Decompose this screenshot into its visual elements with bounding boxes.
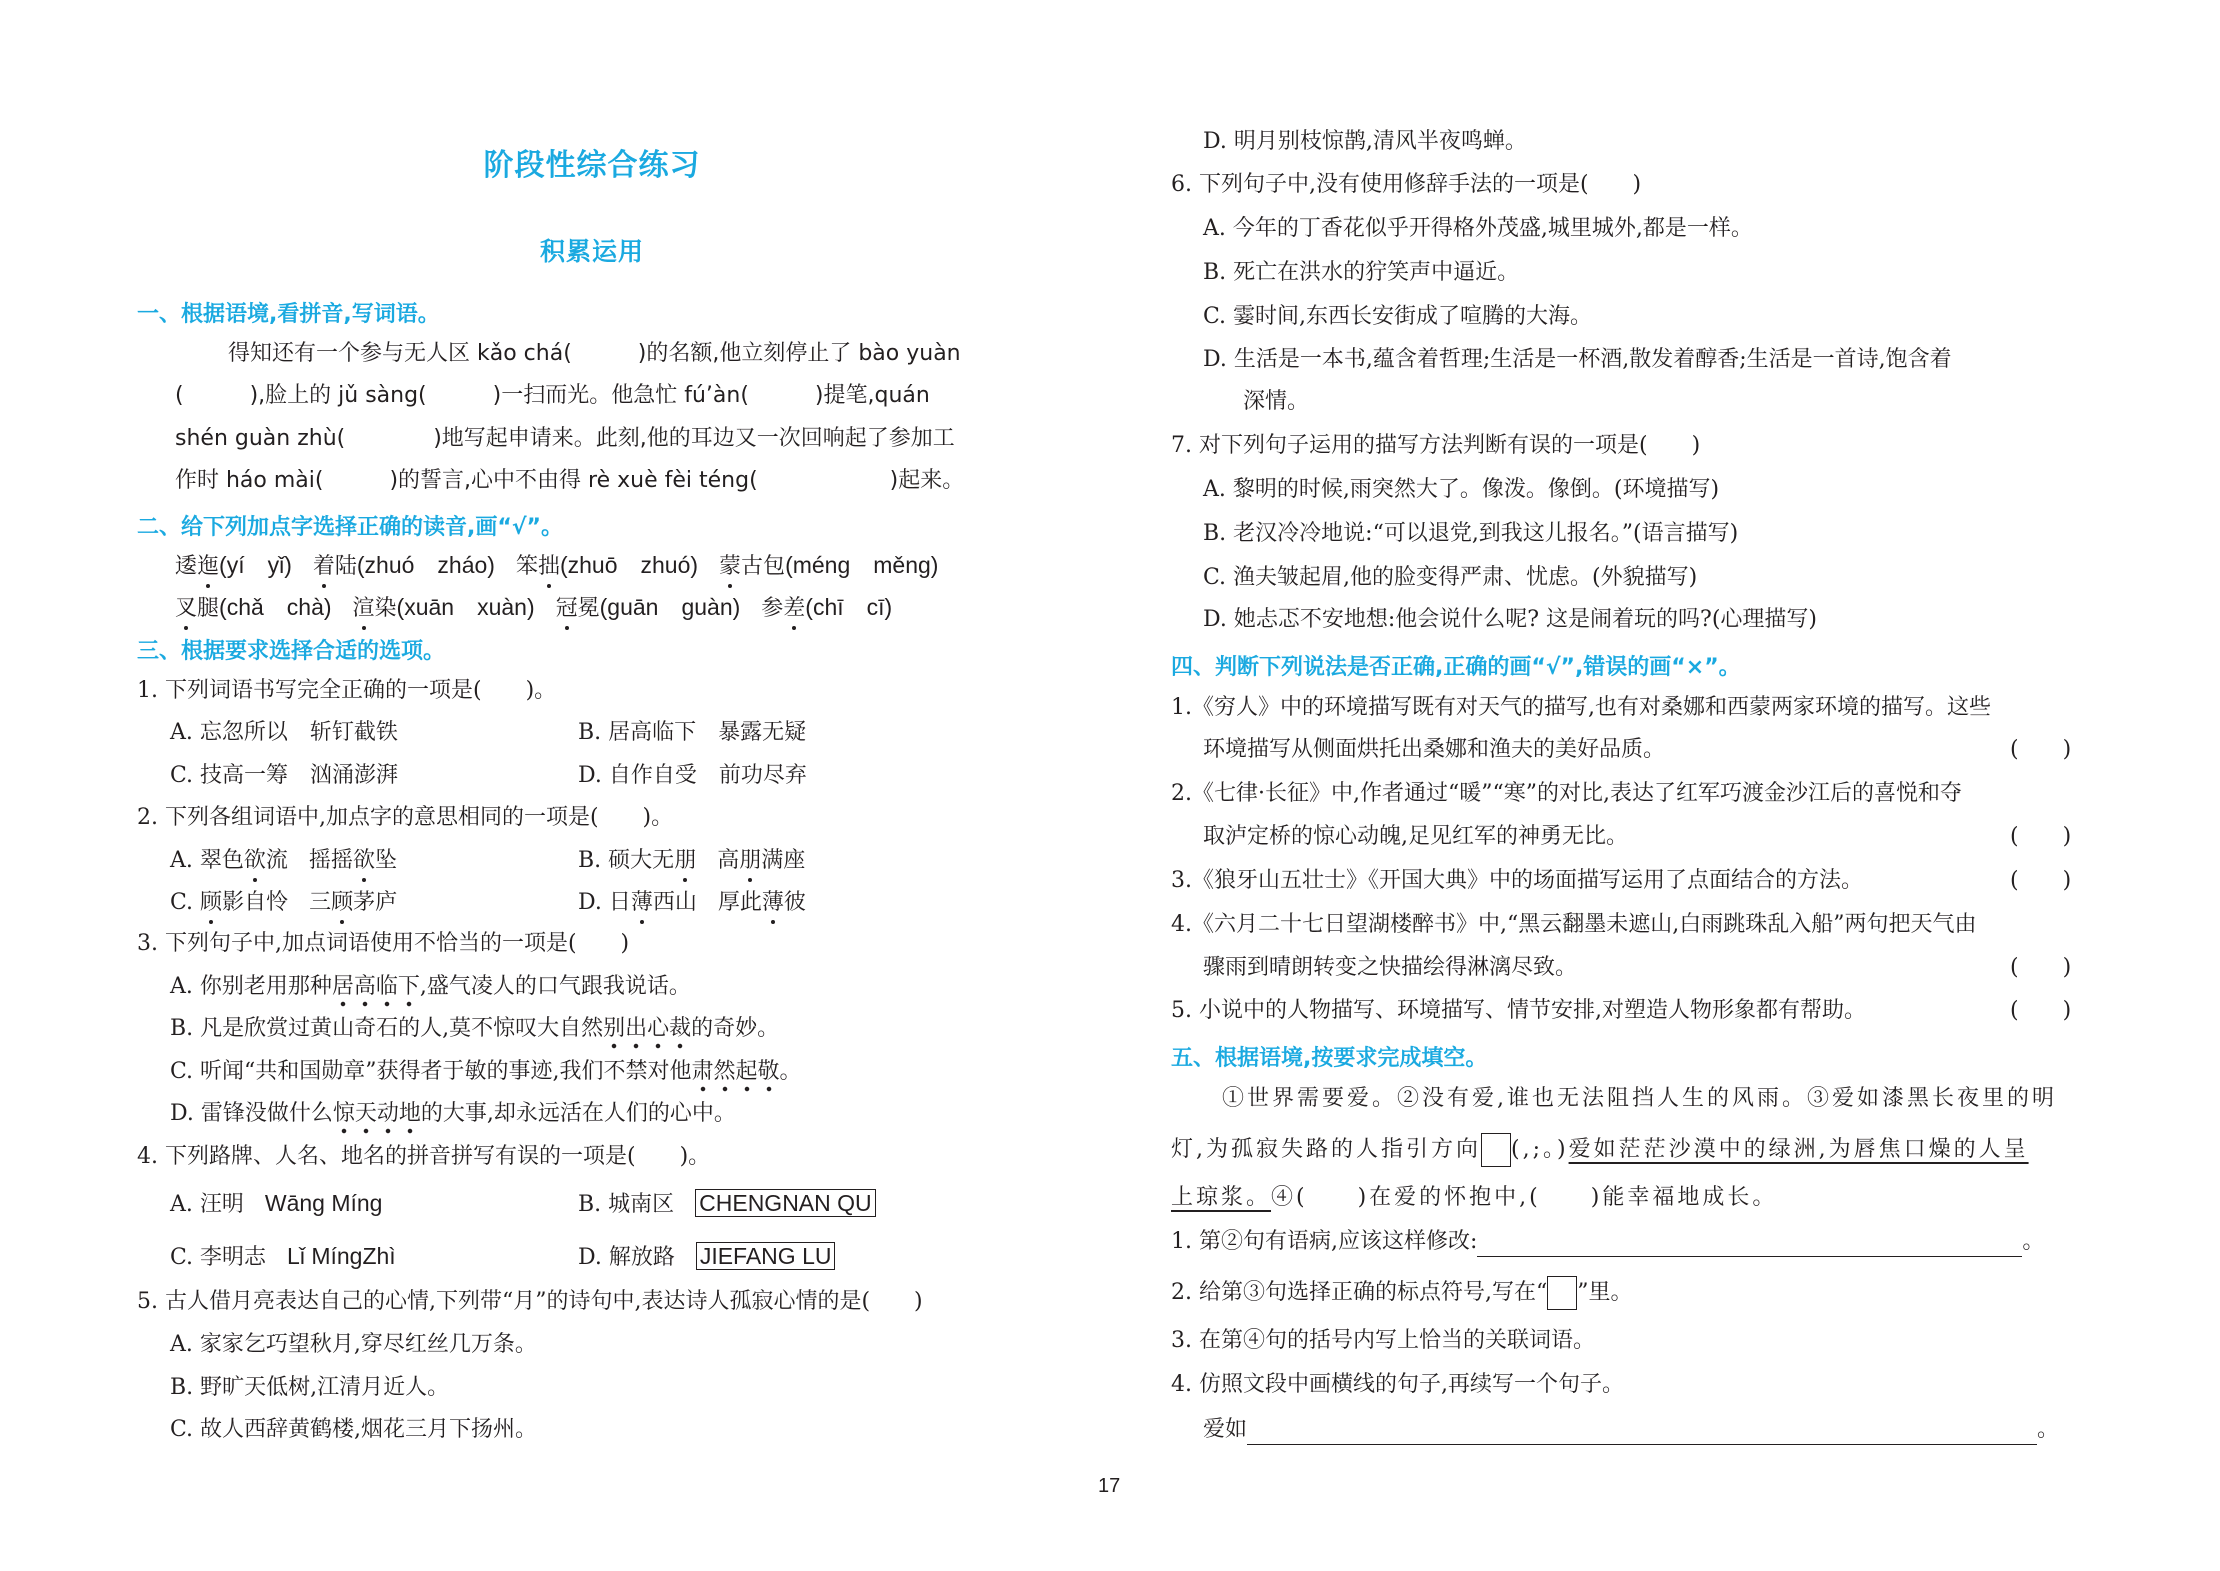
- dotted-char: 叉: [175, 594, 197, 624]
- punctuation-answer-box[interactable]: [1481, 1133, 1511, 1167]
- q7-option-a: A. 黎明的时候,雨突然大了。像泼。像倒。(环境描写): [1203, 475, 1719, 505]
- dotted-char: 拙: [538, 552, 560, 582]
- s5-q4: 4. 仿照文段中画横线的句子,再续写一个句子。: [1171, 1370, 1624, 1400]
- q2-option-a: A. 翠色欲流 摇摇欲坠: [170, 846, 397, 876]
- answer-line[interactable]: [1247, 1420, 2037, 1445]
- q2-option-d: D. 日薄西山 厚此薄彼: [578, 888, 806, 918]
- q3-option-d: D. 雷锋没做什么惊天动地的大事,却永远活在人们的心中。: [170, 1099, 736, 1129]
- passage-line-3: 上琼浆。④( )在爱的怀抱中,( )能幸福地成长。: [1171, 1183, 1777, 1213]
- judge-item-4-cont: 骤雨到晴朗转变之快描绘得淋漓尽致。: [1203, 953, 1577, 983]
- underlined-sentence: 上琼浆。: [1171, 1185, 1271, 1210]
- pinyin-item: 着陆(zhuó zháo): [313, 554, 495, 579]
- answer-paren[interactable]: ( ): [2010, 735, 2071, 765]
- answer-paren[interactable]: ( ): [2010, 953, 2071, 983]
- q1-option-b: B. 居高临下 暴露无疑: [578, 718, 806, 748]
- section-2-heading: 二、给下列加点字选择正确的读音,画“√”。: [137, 510, 563, 541]
- dotted-char: 迤: [197, 552, 219, 582]
- q1-stem: 1. 下列词语书写完全正确的一项是( )。: [137, 676, 556, 706]
- pinyin-item: 渲染(xuān xuàn): [353, 596, 535, 621]
- q7-option-d: D. 她忐忑不安地想:他会说什么呢? 这是闹着玩的吗?(心理描写): [1203, 605, 1817, 635]
- s5-q2: 2. 给第③句选择正确的标点符号,写在“”里。: [1171, 1276, 1632, 1310]
- q2-option-b: B. 硕大无朋 高朋满座: [578, 846, 805, 876]
- judge-item-2-cont: 取泸定桥的惊心动魄,足见红军的神勇无比。: [1203, 822, 1628, 852]
- q4-option-c: C. 李明志 Lǐ MíngZhì: [170, 1241, 396, 1273]
- dotted-char: 冠: [556, 594, 578, 624]
- pinyin-item: 冠冕(guān guàn): [556, 596, 741, 621]
- judge-item-5: 5. 小说中的人物描写、环境描写、情节安排,对塑造人物形象都有帮助。: [1171, 996, 1866, 1026]
- q7-option-b: B. 老汉冷冷地说:“可以退党,到我这儿报名。”(语言描写): [1203, 519, 1738, 549]
- section-1-line: 得知还有一个参与无人区 kǎo chá( )的名额,他立刻停止了 bào yuà…: [228, 339, 961, 369]
- pinyin-item: 蒙古包(méng měng): [719, 554, 938, 579]
- section-1-heading: 一、根据语境,看拼音,写词语。: [137, 297, 440, 328]
- q6-option-c: C. 霎时间,东西长安街成了喧腾的大海。: [1203, 302, 1592, 332]
- section-1-line: ( ),脸上的 jǔ sàng( )一扫而光。他急忙 fú’àn( )提笔,qu…: [175, 381, 930, 411]
- q6-option-d: D. 生活是一本书,蕴含着哲理;生活是一杯酒,散发着醇香;生活是一首诗,饱含着: [1203, 345, 1952, 375]
- judge-item-1: 1.《穷人》中的环境描写既有对天气的描写,也有对桑娜和西蒙两家环境的描写。这些: [1171, 693, 1991, 723]
- answer-box[interactable]: [1547, 1276, 1577, 1310]
- q1-option-d: D. 自作自受 前功尽弃: [578, 761, 807, 791]
- dotted-char: 渲: [353, 594, 375, 624]
- answer-paren[interactable]: ( ): [2010, 822, 2071, 852]
- passage-line-1: ①世界需要爱。②没有爱,谁也无法阻挡人生的风雨。③爱如漆黑长夜里的明: [1222, 1084, 2057, 1114]
- pinyin-item: 叉腿(chǎ chà): [175, 596, 332, 621]
- q3-option-b: B. 凡是欣赏过黄山奇石的人,莫不惊叹大自然别出心裁的奇妙。: [170, 1014, 779, 1044]
- q6-stem: 6. 下列句子中,没有使用修辞手法的一项是( ): [1171, 170, 1641, 200]
- q4-option-b: B. 城南区 CHENGNAN QU: [578, 1188, 876, 1220]
- q3-option-a: A. 你别老用那种居高临下,盛气凌人的口气跟我说话。: [170, 972, 691, 1002]
- s5-q1: 1. 第②句有语病,应该这样修改:。: [1171, 1227, 2044, 1257]
- section-1-line: 作时 háo mài( )的誓言,心中不由得 rè xuè fèi téng( …: [175, 466, 964, 496]
- judge-item-4: 4.《六月二十七日望湖楼醉书》中,“黑云翻墨未遮山,白雨跳珠乱入船”两句把天气由: [1171, 910, 1976, 940]
- q4-stem: 4. 下列路牌、人名、地名的拼音拼写有误的一项是( )。: [137, 1142, 710, 1172]
- dotted-word: 居高临下: [332, 974, 420, 1007]
- road-sign: CHENGNAN QU: [695, 1189, 876, 1217]
- pinyin-row-2: 叉腿(chǎ chà) 渲染(xuān xuàn) 冠冕(guān guàn) …: [175, 592, 892, 624]
- dotted-char: 蒙: [719, 552, 741, 582]
- pinyin-item: 逶迤(yí yǐ): [175, 554, 292, 579]
- q3-option-c: C. 听闻“共和国勋章”获得者于敏的事迹,我们不禁对他肃然起敬。: [170, 1057, 802, 1087]
- passage-line-2: 灯,为孤寂失路的人指引方向(,;。)爱如茫茫沙漠中的绿洲,为唇焦口燥的人呈: [1171, 1133, 2029, 1167]
- q1-option-c: C. 技高一筹 汹涌澎湃: [170, 761, 398, 791]
- q5-option-a: A. 家家乞巧望秋月,穿尽红丝几万条。: [170, 1330, 537, 1360]
- page-subtitle: 积累运用: [0, 232, 1184, 268]
- section-3-heading: 三、根据要求选择合适的选项。: [137, 634, 445, 665]
- q6-option-d-cont: 深情。: [1243, 387, 1309, 417]
- q5-option-b: B. 野旷天低树,江清月近人。: [170, 1373, 449, 1403]
- road-sign: JIEFANG LU: [696, 1242, 836, 1270]
- q5-option-d: D. 明月别枝惊鹊,清风半夜鸣蝉。: [1203, 127, 1527, 157]
- judge-item-2: 2.《七律·长征》中,作者通过“暖”“寒”的对比,表达了红军巧渡金沙江后的喜悦和…: [1171, 779, 1962, 809]
- q7-option-c: C. 渔夫皱起眉,他的脸变得严肃、忧虑。(外貌描写): [1203, 563, 1697, 593]
- answer-line[interactable]: [1477, 1232, 2022, 1257]
- q7-stem: 7. 对下列句子运用的描写方法判断有误的一项是( ): [1171, 431, 1700, 461]
- q2-option-c: C. 顾影自怜 三顾茅庐: [170, 888, 397, 918]
- q4-option-d: D. 解放路 JIEFANG LU: [578, 1241, 835, 1273]
- dotted-word: 别出心裁: [603, 1016, 691, 1049]
- q5-option-c: C. 故人西辞黄鹤楼,烟花三月下扬州。: [170, 1415, 537, 1445]
- s5-q3: 3. 在第④句的括号内写上恰当的关联词语。: [1171, 1326, 1595, 1356]
- pinyin-row-1: 逶迤(yí yǐ) 着陆(zhuó zháo) 笨拙(zhuō zhuó) 蒙古…: [175, 550, 938, 582]
- section-5-heading: 五、根据语境,按要求完成填空。: [1171, 1041, 1487, 1072]
- q6-option-a: A. 今年的丁香花似乎开得格外茂盛,城里城外,都是一样。: [1203, 214, 1753, 244]
- q6-option-b: B. 死亡在洪水的狞笑声中逼近。: [1203, 258, 1519, 288]
- section-4-heading: 四、判断下列说法是否正确,正确的画“√”,错误的画“×”。: [1171, 650, 1741, 681]
- q4-option-a: A. 汪明 Wāng Míng: [170, 1188, 382, 1220]
- dotted-char: 差: [783, 594, 805, 624]
- judge-item-1-cont: 环境描写从侧面烘托出桑娜和渔夫的美好品质。: [1203, 735, 1665, 765]
- q5-stem: 5. 古人借月亮表达自己的心情,下列带“月”的诗句中,表达诗人孤寂心情的是( ): [137, 1287, 923, 1317]
- q2-stem: 2. 下列各组词语中,加点字的意思相同的一项是( )。: [137, 803, 673, 833]
- page-title: 阶段性综合练习: [0, 140, 1184, 184]
- underlined-sentence: 爱如茫茫沙漠中的绿洲,为唇焦口燥的人呈: [1569, 1137, 2029, 1162]
- pinyin-item: 参差(chī cī): [761, 596, 892, 621]
- answer-paren[interactable]: ( ): [2010, 996, 2071, 1026]
- judge-item-3: 3.《狼牙山五壮士》《开国大典》中的场面描写运用了点面结合的方法。: [1171, 866, 1863, 896]
- s5-q4-answer: 爱如。: [1203, 1415, 2059, 1445]
- dotted-word: 惊天动地: [333, 1101, 421, 1134]
- answer-paren[interactable]: ( ): [2010, 866, 2071, 896]
- dotted-char: 着: [313, 552, 335, 582]
- section-1-line: shén guàn zhù( )地写起申请来。此刻,他的耳边又一次回响起了参加工: [175, 424, 955, 454]
- dotted-word: 肃然起敬: [692, 1059, 780, 1092]
- pinyin-item: 笨拙(zhuō zhuó): [516, 554, 698, 579]
- q3-stem: 3. 下列句子中,加点词语使用不恰当的一项是( ): [137, 929, 629, 959]
- page-number: 17: [1098, 1475, 1120, 1498]
- q1-option-a: A. 忘忽所以 斩钉截铁: [170, 718, 398, 748]
